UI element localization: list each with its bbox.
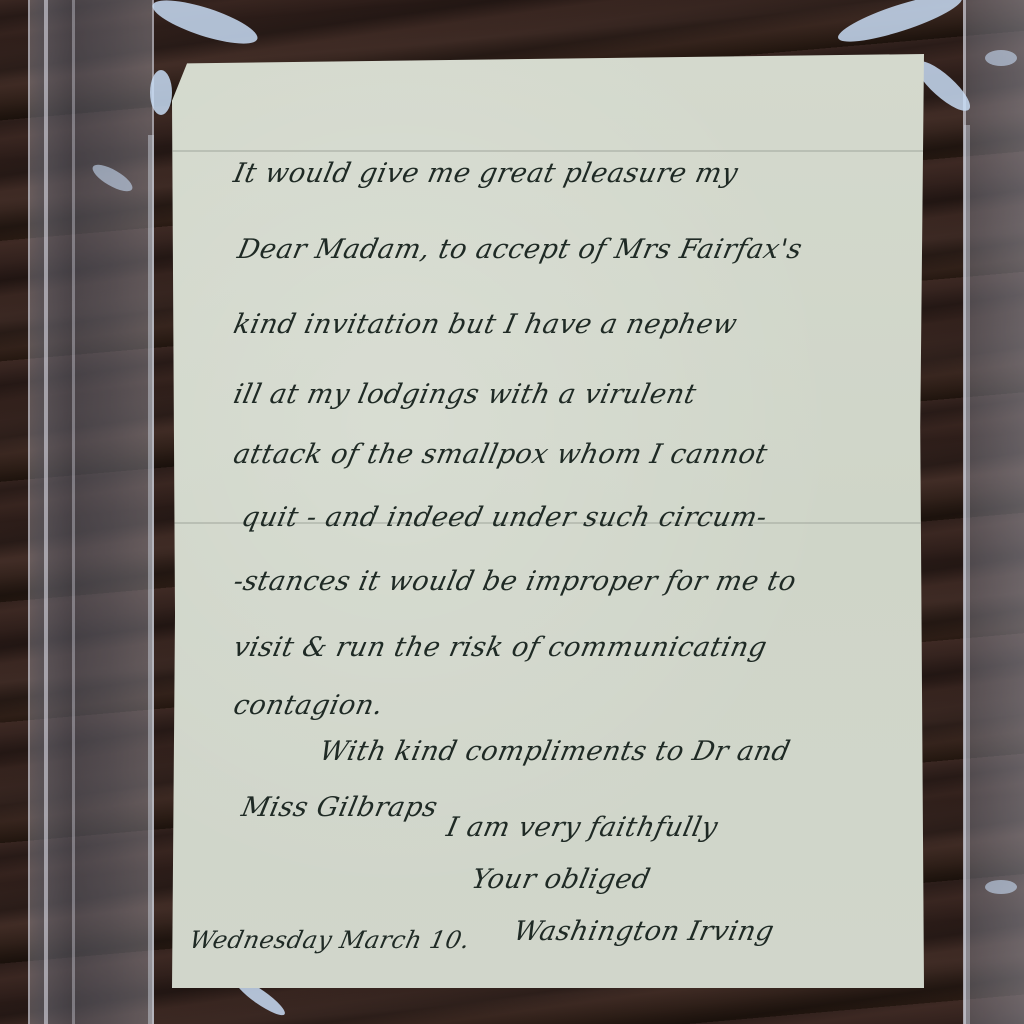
letter-date: Wednesday March 10. xyxy=(187,926,473,954)
body-line: Dear Madam, to accept of Mrs Fairfax's xyxy=(235,234,805,265)
glare-highlight xyxy=(150,70,172,115)
glare-highlight xyxy=(985,880,1017,894)
body-line: contagion. xyxy=(231,690,386,721)
body-line: kind invitation but I have a nephew xyxy=(231,309,740,340)
valediction-line: Your obliged xyxy=(469,864,654,895)
paper-fold-line xyxy=(172,150,924,152)
body-line: ill at my lodgings with a virulent xyxy=(231,379,700,410)
body-line: It would give me great pleasure my xyxy=(231,158,741,189)
body-line: quit - and indeed under such circum- xyxy=(239,502,770,533)
sleeve-right-edge xyxy=(963,0,1024,1024)
closing-line: Miss Gilbraps xyxy=(239,792,441,823)
body-line: visit & run the risk of communicating xyxy=(231,632,770,663)
sleeve-left-edge xyxy=(28,0,154,1024)
signature: Washington Irving xyxy=(511,916,777,947)
sleeve-inner-rail-right xyxy=(964,125,970,1024)
letter-paper: It would give me great pleasure my Dear … xyxy=(172,54,924,988)
sleeve-inner-rail-left xyxy=(148,135,154,1024)
glare-highlight xyxy=(985,50,1017,66)
body-line: attack of the smallpox whom I cannot xyxy=(231,439,771,470)
closing-line: With kind compliments to Dr and xyxy=(317,736,793,767)
valediction-line: I am very faithfully xyxy=(444,812,721,843)
body-line: -stances it would be improper for me to xyxy=(231,566,800,597)
